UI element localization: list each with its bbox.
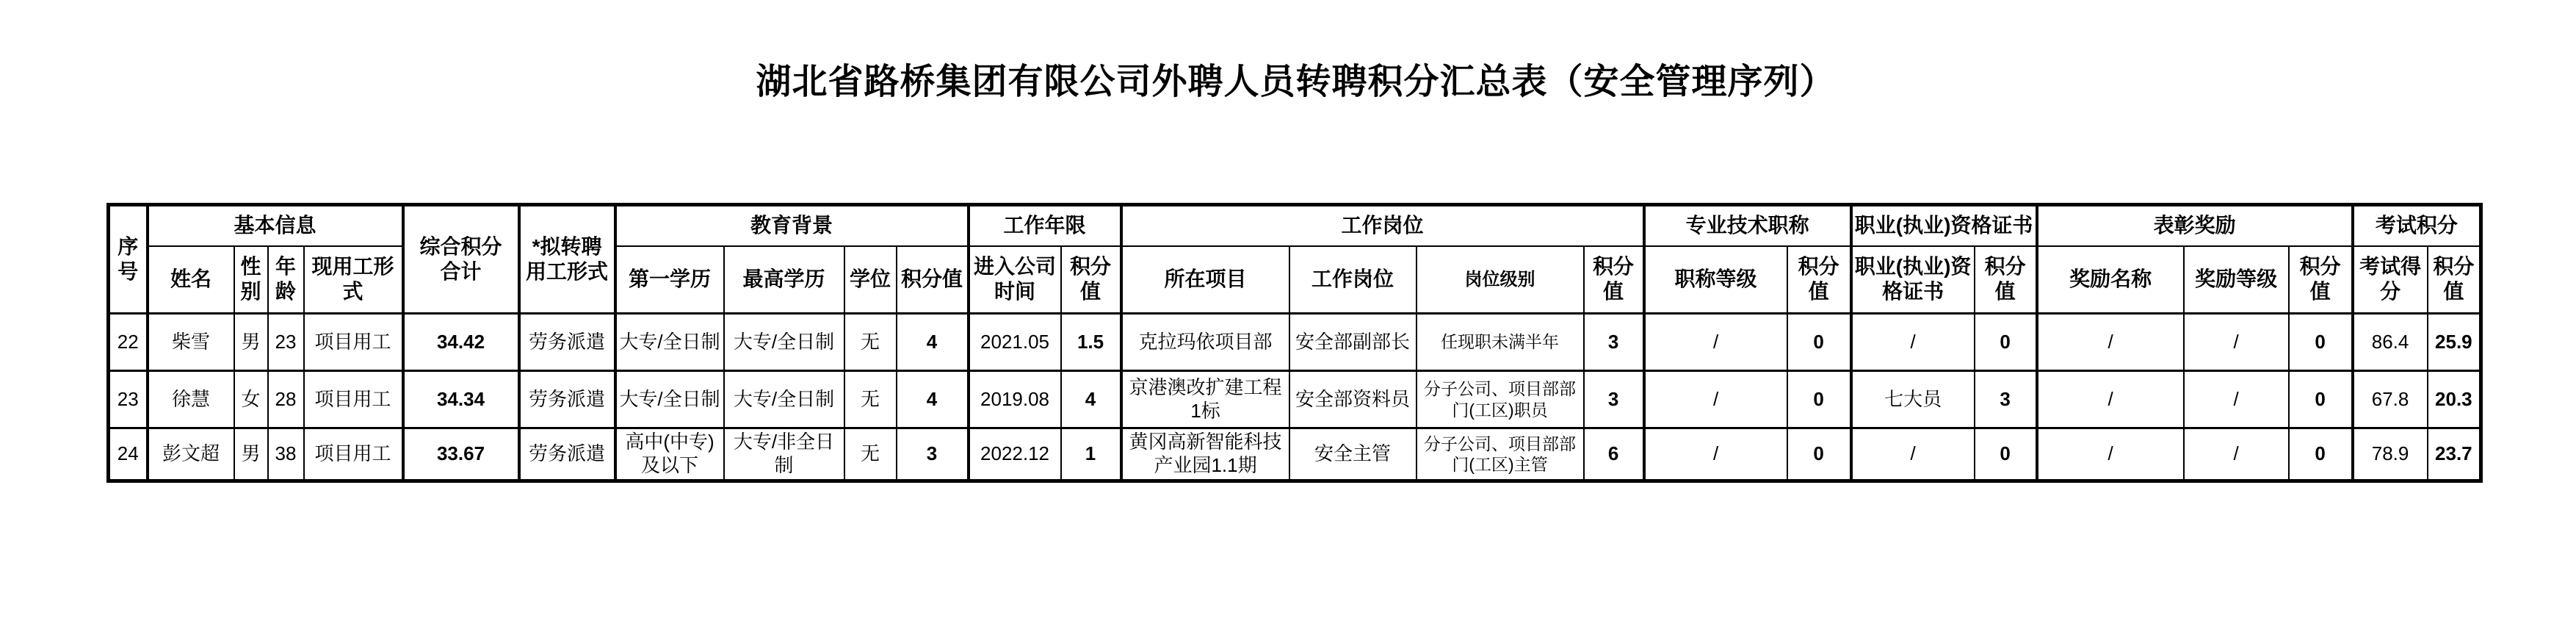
table-cell: 1.5 [1061, 314, 1121, 371]
header-highest-degree: 最高学历 [724, 246, 844, 314]
header-job-score: 积分值 [1584, 246, 1644, 314]
table-cell: 男 [234, 314, 268, 371]
table-cell: 项目用工 [304, 314, 403, 371]
header-age: 年龄 [268, 246, 304, 314]
table-cell: 项目用工 [304, 428, 403, 481]
header-job-level: 岗位级别 [1417, 246, 1584, 314]
header-qualification-cert: 职业(执业)资 格证书 [1851, 246, 1975, 314]
table-cell: 23 [109, 371, 148, 428]
header-academic-degree: 学位 [844, 246, 897, 314]
table-cell: 克拉玛依项目部 [1121, 314, 1289, 371]
table-cell: / [2037, 428, 2184, 481]
table-cell: 无 [844, 371, 897, 428]
table-cell: 0 [1787, 371, 1851, 428]
table-cell: 25.9 [2428, 314, 2481, 371]
header-title-score: 积分值 [1787, 246, 1851, 314]
table-cell: / [2037, 371, 2184, 428]
table-row-22: 22 柴雪 男 23 项目用工 34.42 劳务派遣 大专/全日制 大专/全日制… [109, 314, 2481, 371]
table-cell: 劳务派遣 [519, 428, 615, 481]
header-current-employment: 现用工形式 [304, 246, 403, 314]
table-cell: 七大员 [1851, 371, 1975, 428]
table-cell: 3 [897, 428, 969, 481]
table-cell: / [1644, 428, 1787, 481]
table-cell: 项目用工 [304, 371, 403, 428]
table-cell: / [1644, 314, 1787, 371]
table-cell: / [1851, 428, 1975, 481]
table-cell: 4 [897, 314, 969, 371]
header-qualification-score: 积分值 [1975, 246, 2037, 314]
table-cell: 34.42 [403, 314, 519, 371]
table-cell: 安全部资料员 [1289, 371, 1417, 428]
table-cell: 2021.05 [969, 314, 1061, 371]
table-cell: 6 [1584, 428, 1644, 481]
table-cell: / [2184, 428, 2289, 481]
table-cell: / [2184, 371, 2289, 428]
table-cell: 0 [1787, 428, 1851, 481]
page-title: 湖北省路桥集团有限公司外聘人员转聘积分汇总表（安全管理序列） [109, 53, 2482, 104]
table-cell: 大专/全日制 [615, 371, 724, 428]
header-group-work-years: 工作年限 [969, 205, 1121, 246]
header-title-level: 职称等级 [1644, 246, 1787, 314]
table-cell: 任现职未满半年 [1417, 314, 1584, 371]
table-cell: 安全部副部长 [1289, 314, 1417, 371]
table-cell: 女 [234, 371, 268, 428]
header-exam-score: 考试得 分 [2353, 246, 2428, 314]
table-cell: 劳务派遣 [519, 314, 615, 371]
table-cell: 3 [1584, 371, 1644, 428]
table-cell: 彭文超 [148, 428, 234, 481]
table-cell: 男 [234, 428, 268, 481]
table-cell: 1 [1061, 428, 1121, 481]
table-cell: 33.67 [403, 428, 519, 481]
table-cell: 劳务派遣 [519, 371, 615, 428]
header-project: 所在项目 [1121, 246, 1289, 314]
header-award-level: 奖励等级 [2184, 246, 2289, 314]
table-cell: 38 [268, 428, 304, 481]
table-cell: 4 [1061, 371, 1121, 428]
header-name: 姓名 [148, 246, 234, 314]
table-cell: 24 [109, 428, 148, 481]
table-cell: 0 [1787, 314, 1851, 371]
table-cell: / [2184, 314, 2289, 371]
table-cell: 大专/非全日制 [724, 428, 844, 481]
table-cell: 0 [1975, 428, 2037, 481]
header-join-date: 进入公司 时间 [969, 246, 1061, 314]
table-cell: 京港澳改扩建工程1标 [1121, 371, 1289, 428]
table-cell: 20.3 [2428, 371, 2481, 428]
header-group-qualification: 职业(执业)资格证书 [1851, 205, 2037, 246]
header-award-score: 积分值 [2289, 246, 2353, 314]
table-cell: 无 [844, 314, 897, 371]
header-total-score: 综合积分 合计 [403, 205, 519, 314]
table-cell: / [2037, 314, 2184, 371]
table-cell: 徐慧 [148, 371, 234, 428]
table-cell: 78.9 [2353, 428, 2428, 481]
table-cell: 分子公司、项目部部门(工区)主管 [1417, 428, 1584, 481]
table-cell: 4 [897, 371, 969, 428]
table-cell: / [1851, 314, 1975, 371]
table-cell: 86.4 [2353, 314, 2428, 371]
table-row-24: 24 彭文超 男 38 项目用工 33.67 劳务派遣 高中(中专)及以下 大专… [109, 428, 2481, 481]
table-cell: 柴雪 [148, 314, 234, 371]
header-exam-score-value: 积分值 [2428, 246, 2481, 314]
header-group-exam: 考试积分 [2353, 205, 2481, 246]
table-cell: 安全主管 [1289, 428, 1417, 481]
header-gender: 性别 [234, 246, 268, 314]
table-cell: 0 [2289, 314, 2353, 371]
table-cell: 大专/全日制 [724, 371, 844, 428]
table-cell: 无 [844, 428, 897, 481]
table-cell: 22 [109, 314, 148, 371]
table-cell: 28 [268, 371, 304, 428]
table-cell: 0 [1975, 314, 2037, 371]
table-cell: 3 [1584, 314, 1644, 371]
table-cell: 大专/全日制 [724, 314, 844, 371]
header-group-education: 教育背景 [615, 205, 969, 246]
header-first-degree: 第一学历 [615, 246, 724, 314]
header-job-title: 工作岗位 [1289, 246, 1417, 314]
table-cell: 23 [268, 314, 304, 371]
header-work-years-score: 积分值 [1061, 246, 1121, 314]
header-education-score: 积分值 [897, 246, 969, 314]
table-cell: 23.7 [2428, 428, 2481, 481]
table-cell: 0 [2289, 371, 2353, 428]
table-cell: 67.8 [2353, 371, 2428, 428]
table-cell: 34.34 [403, 371, 519, 428]
score-summary-table: 序号 基本信息 综合积分 合计 *拟转聘 用工形式 教育背景 工作年限 工作岗位… [106, 203, 2483, 483]
header-group-job: 工作岗位 [1121, 205, 1644, 246]
header-group-professional-title: 专业技术职称 [1644, 205, 1851, 246]
table-cell: 高中(中专)及以下 [615, 428, 724, 481]
table-row-23: 23 徐慧 女 28 项目用工 34.34 劳务派遣 大专/全日制 大专/全日制… [109, 371, 2481, 428]
header-proposed-employment: *拟转聘 用工形式 [519, 205, 615, 314]
table-cell: 3 [1975, 371, 2037, 428]
header-group-basic-info: 基本信息 [148, 205, 403, 246]
table-cell: 分子公司、项目部部门(工区)职员 [1417, 371, 1584, 428]
table-cell: 黄冈高新智能科技产业园1.1期 [1121, 428, 1289, 481]
table-cell: 0 [2289, 428, 2353, 481]
header-serial: 序号 [109, 205, 148, 314]
table-cell: 2022.12 [969, 428, 1061, 481]
table-cell: / [1644, 371, 1787, 428]
header-group-award: 表彰奖励 [2037, 205, 2353, 246]
table-cell: 2019.08 [969, 371, 1061, 428]
header-award-name: 奖励名称 [2037, 246, 2184, 314]
table-cell: 大专/全日制 [615, 314, 724, 371]
